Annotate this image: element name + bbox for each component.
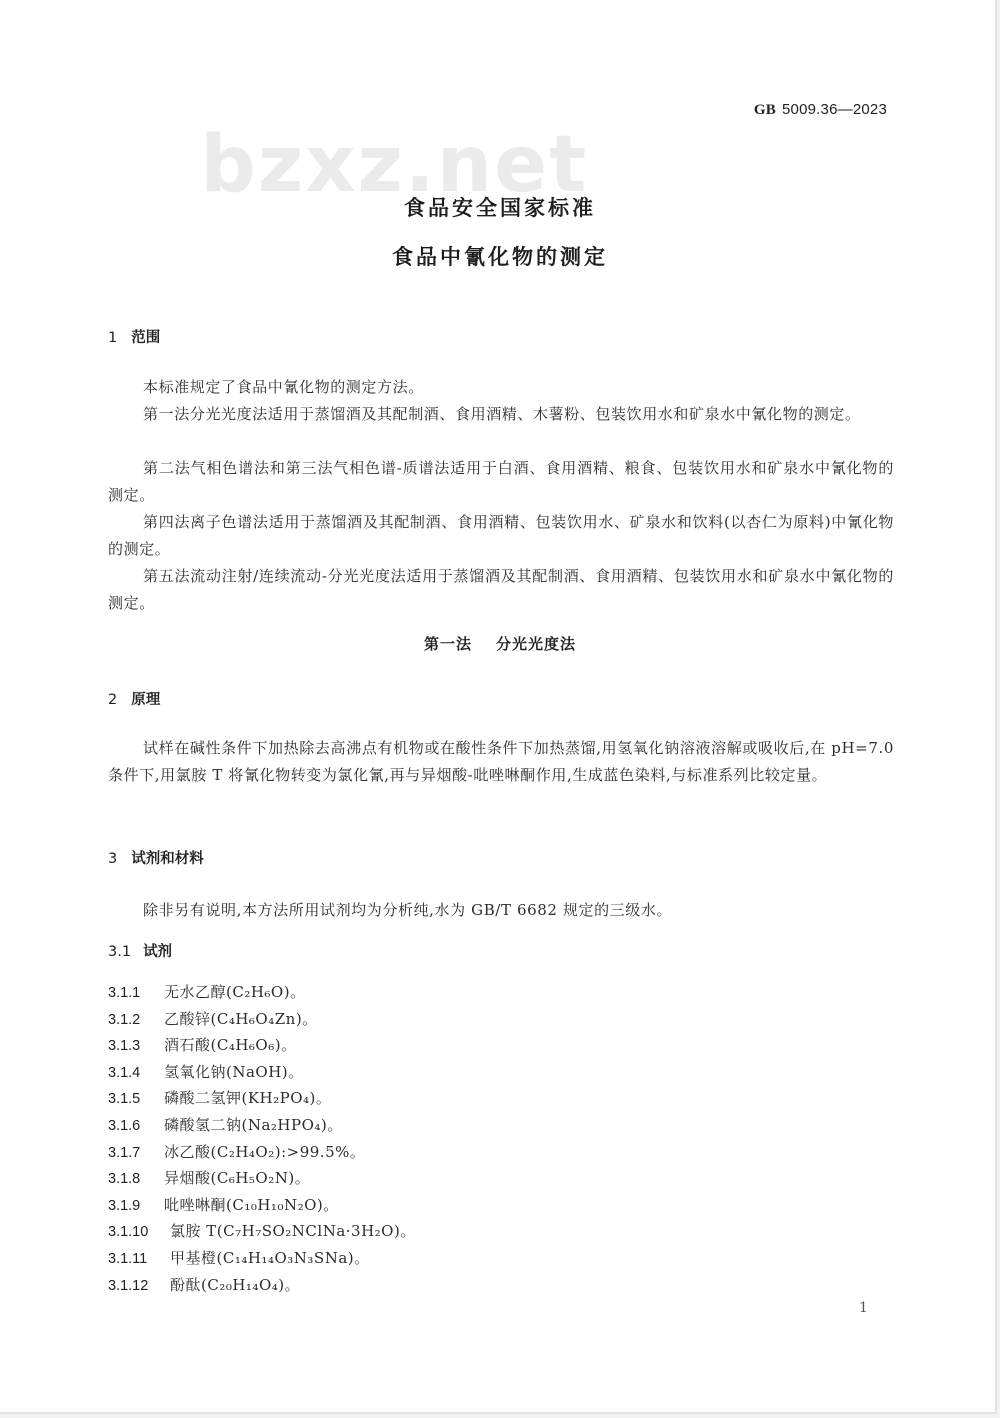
reagent-number: 3.1.1 xyxy=(108,980,164,1007)
reagent-item: 3.1.8异烟酸(C₆H₅O₂N)。 xyxy=(108,1165,416,1192)
reagent-item: 3.1.2乙酸锌(C₄H₆O₄Zn)。 xyxy=(108,1006,416,1033)
reagent-list: 3.1.1无水乙醇(C₂H₆O)。 3.1.2乙酸锌(C₄H₆O₄Zn)。 3.… xyxy=(108,979,416,1298)
method-title: 第一法分光光度法 xyxy=(0,633,1000,654)
section-title: 原理 xyxy=(131,692,160,708)
reagent-text: 无水乙醇(C₂H₆O)。 xyxy=(164,983,306,1001)
reagent-text: 甲基橙(C₁₄H₁₄O₃N₃SNa)。 xyxy=(170,1249,370,1267)
reagent-number: 3.1.5 xyxy=(108,1086,164,1113)
reagent-item: 3.1.10氯胺 T(C₇H₇SO₂NClNa·3H₂O)。 xyxy=(108,1218,416,1245)
reagent-item: 3.1.7冰乙酸(C₂H₄O₂):>99.5%。 xyxy=(108,1139,416,1166)
reagent-text: 乙酸锌(C₄H₆O₄Zn)。 xyxy=(164,1010,318,1028)
reagent-item: 3.1.6磷酸氢二钠(Na₂HPO₄)。 xyxy=(108,1112,416,1139)
reagent-number: 3.1.8 xyxy=(108,1166,164,1193)
method-name: 分光光度法 xyxy=(496,635,576,653)
document-page: GB5009.36—2023 bzxz.net 食品安全国家标准 食品中氰化物的… xyxy=(0,0,997,1414)
reagent-number: 3.1.2 xyxy=(108,1007,164,1034)
section-title: 范围 xyxy=(131,330,160,346)
reagent-item: 3.1.12酚酞(C₂₀H₁₄O₄)。 xyxy=(108,1272,416,1299)
section-number: 3 xyxy=(108,851,117,867)
document-title-line2: 食品中氰化物的测定 xyxy=(0,241,1000,271)
reagent-text: 磷酸氢二钠(Na₂HPO₄)。 xyxy=(164,1116,343,1134)
paragraph-scope-4: 第四法离子色谱法适用于蒸馏酒及其配制酒、食用酒精、包装饮用水、矿泉水和饮料(以杏… xyxy=(108,509,894,562)
section-number: 3.1 xyxy=(108,944,131,960)
reagent-text: 酚酞(C₂₀H₁₄O₄)。 xyxy=(170,1276,300,1294)
standard-number: 5009.36—2023 xyxy=(782,101,887,118)
reagent-number: 3.1.3 xyxy=(108,1033,164,1060)
document-title-line1: 食品安全国家标准 xyxy=(0,192,1000,222)
reagent-text: 氢氧化钠(NaOH)。 xyxy=(164,1063,304,1081)
reagent-text: 酒石酸(C₄H₆O₆)。 xyxy=(164,1036,297,1054)
section-title: 试剂 xyxy=(143,944,172,960)
reagent-text: 冰乙酸(C₂H₄O₂):>99.5%。 xyxy=(164,1143,365,1161)
reagent-item: 3.1.4氢氧化钠(NaOH)。 xyxy=(108,1059,416,1086)
reagent-text: 异烟酸(C₆H₅O₂N)。 xyxy=(164,1169,310,1187)
section-number: 1 xyxy=(108,330,117,346)
method-label: 第一法 xyxy=(424,635,472,653)
paragraph-scope-5: 第五法流动注射/连续流动-分光光度法适用于蒸馏酒及其配制酒、食用酒精、包装饮用水… xyxy=(108,563,894,616)
section-heading-principle: 2原理 xyxy=(108,688,160,709)
reagent-number: 3.1.10 xyxy=(108,1219,170,1246)
reagent-number: 3.1.12 xyxy=(108,1273,170,1300)
section-title: 试剂和材料 xyxy=(131,851,204,867)
reagent-number: 3.1.4 xyxy=(108,1060,164,1087)
paragraph-scope-2: 第一法分光光度法适用于蒸馏酒及其配制酒、食用酒精、木薯粉、包装饮用水和矿泉水中氰… xyxy=(108,401,894,428)
standard-code: GB5009.36—2023 xyxy=(754,101,887,119)
section-heading-reagents-materials: 3试剂和材料 xyxy=(108,847,204,868)
reagent-item: 3.1.11甲基橙(C₁₄H₁₄O₃N₃SNa)。 xyxy=(108,1245,416,1272)
reagent-number: 3.1.6 xyxy=(108,1113,164,1140)
paragraph-principle: 试样在碱性条件下加热除去高沸点有机物或在酸性条件下加热蒸馏,用氢氧化钠溶液溶解或… xyxy=(108,735,894,788)
paragraph-reagents-materials: 除非另有说明,本方法所用试剂均为分析纯,水为 GB/T 6682 规定的三级水。 xyxy=(108,897,894,924)
reagent-item: 3.1.9吡唑啉酮(C₁₀H₁₀N₂O)。 xyxy=(108,1192,416,1219)
reagent-item: 3.1.1无水乙醇(C₂H₆O)。 xyxy=(108,979,416,1006)
paragraph-scope-3: 第二法气相色谱法和第三法气相色谱-质谱法适用于白酒、食用酒精、粮食、包装饮用水和… xyxy=(108,455,894,508)
reagent-item: 3.1.3酒石酸(C₄H₆O₆)。 xyxy=(108,1032,416,1059)
paragraph-scope-1: 本标准规定了食品中氰化物的测定方法。 xyxy=(108,374,894,401)
page-number: 1 xyxy=(859,1300,868,1316)
reagent-item: 3.1.5磷酸二氢钾(KH₂PO₄)。 xyxy=(108,1085,416,1112)
section-heading-scope: 1范围 xyxy=(108,326,160,347)
reagent-text: 氯胺 T(C₇H₇SO₂NClNa·3H₂O)。 xyxy=(170,1222,416,1240)
reagent-number: 3.1.7 xyxy=(108,1140,164,1167)
reagent-number: 3.1.9 xyxy=(108,1193,164,1220)
standard-prefix: GB xyxy=(754,102,776,118)
reagent-text: 吡唑啉酮(C₁₀H₁₀N₂O)。 xyxy=(164,1196,339,1214)
reagent-text: 磷酸二氢钾(KH₂PO₄)。 xyxy=(164,1089,331,1107)
section-heading-reagents: 3.1试剂 xyxy=(108,940,172,961)
section-number: 2 xyxy=(108,692,117,708)
reagent-number: 3.1.11 xyxy=(108,1246,170,1273)
